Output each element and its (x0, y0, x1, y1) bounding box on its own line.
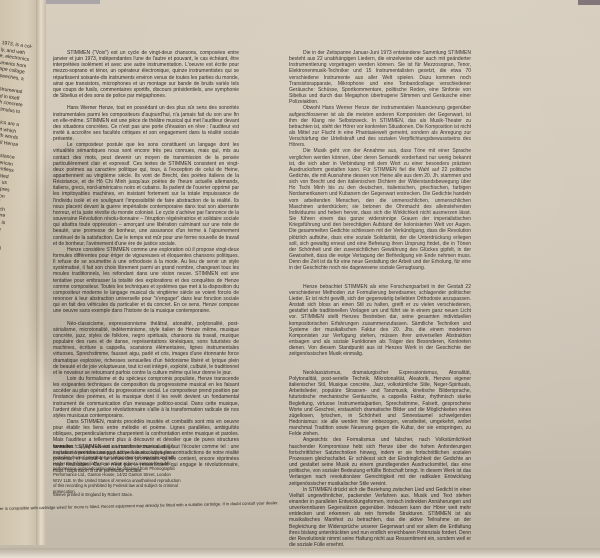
paragraph: Die in der Zeitspanne Januar-Juni 1973 e… (289, 50, 471, 105)
paragraph: Neoklassizismus, dramaturgischer Express… (289, 370, 471, 438)
paragraph: Hans Werner Henze, tout en possédant un … (53, 105, 239, 142)
cartridge-notice: er is compatible with cartridge wired fo… (0, 499, 320, 511)
sleeve-bottom-edge (0, 548, 600, 558)
paragraph: STIMMEN ("Voix") est un cycle de vingt-d… (53, 50, 239, 105)
paragraph: Henze considère STIMMEN comme une explor… (53, 247, 239, 321)
paragraph: Die Musik geht von der Annahme aus, dass… (289, 148, 471, 283)
printer-credit: Sleeve printed in England by Robert Stac… (53, 492, 133, 497)
copyright-warning: WARNING: Copyright subsists in all DECCA… (53, 444, 181, 494)
paragraph: Le compositeur postule que les sons cons… (53, 142, 239, 247)
paragraph: Henze betrachtet STIMMEN als eine Forsch… (289, 284, 471, 370)
warning-text: Copyright subsists in all DECCA GROUP re… (53, 444, 181, 494)
paragraph: Obwohl Hans Werner Henze der instrumenta… (289, 105, 471, 148)
top-right-edge-object (578, 0, 600, 5)
warning-label: WARNING: (53, 444, 75, 449)
french-liner-notes-column: STIMMEN ("Voix") est un cycle de vingt-d… (53, 50, 239, 474)
paragraph: Loin du formalisme et du spécieux compro… (53, 376, 239, 419)
paragraph: Angesichts des Formalismus und falscher,… (289, 437, 471, 486)
paragraph: Néo-classicisme, expressionnisme théâtra… (53, 321, 239, 376)
record-sleeve-photo: 1973, is a col-ly, and withe, electronic… (0, 0, 600, 558)
german-liner-notes-column: Die in der Zeitspanne Januar-Juni 1973 e… (289, 50, 471, 554)
paragraph: In STIMMEN drückt sich die Beziehung zwi… (289, 487, 471, 555)
